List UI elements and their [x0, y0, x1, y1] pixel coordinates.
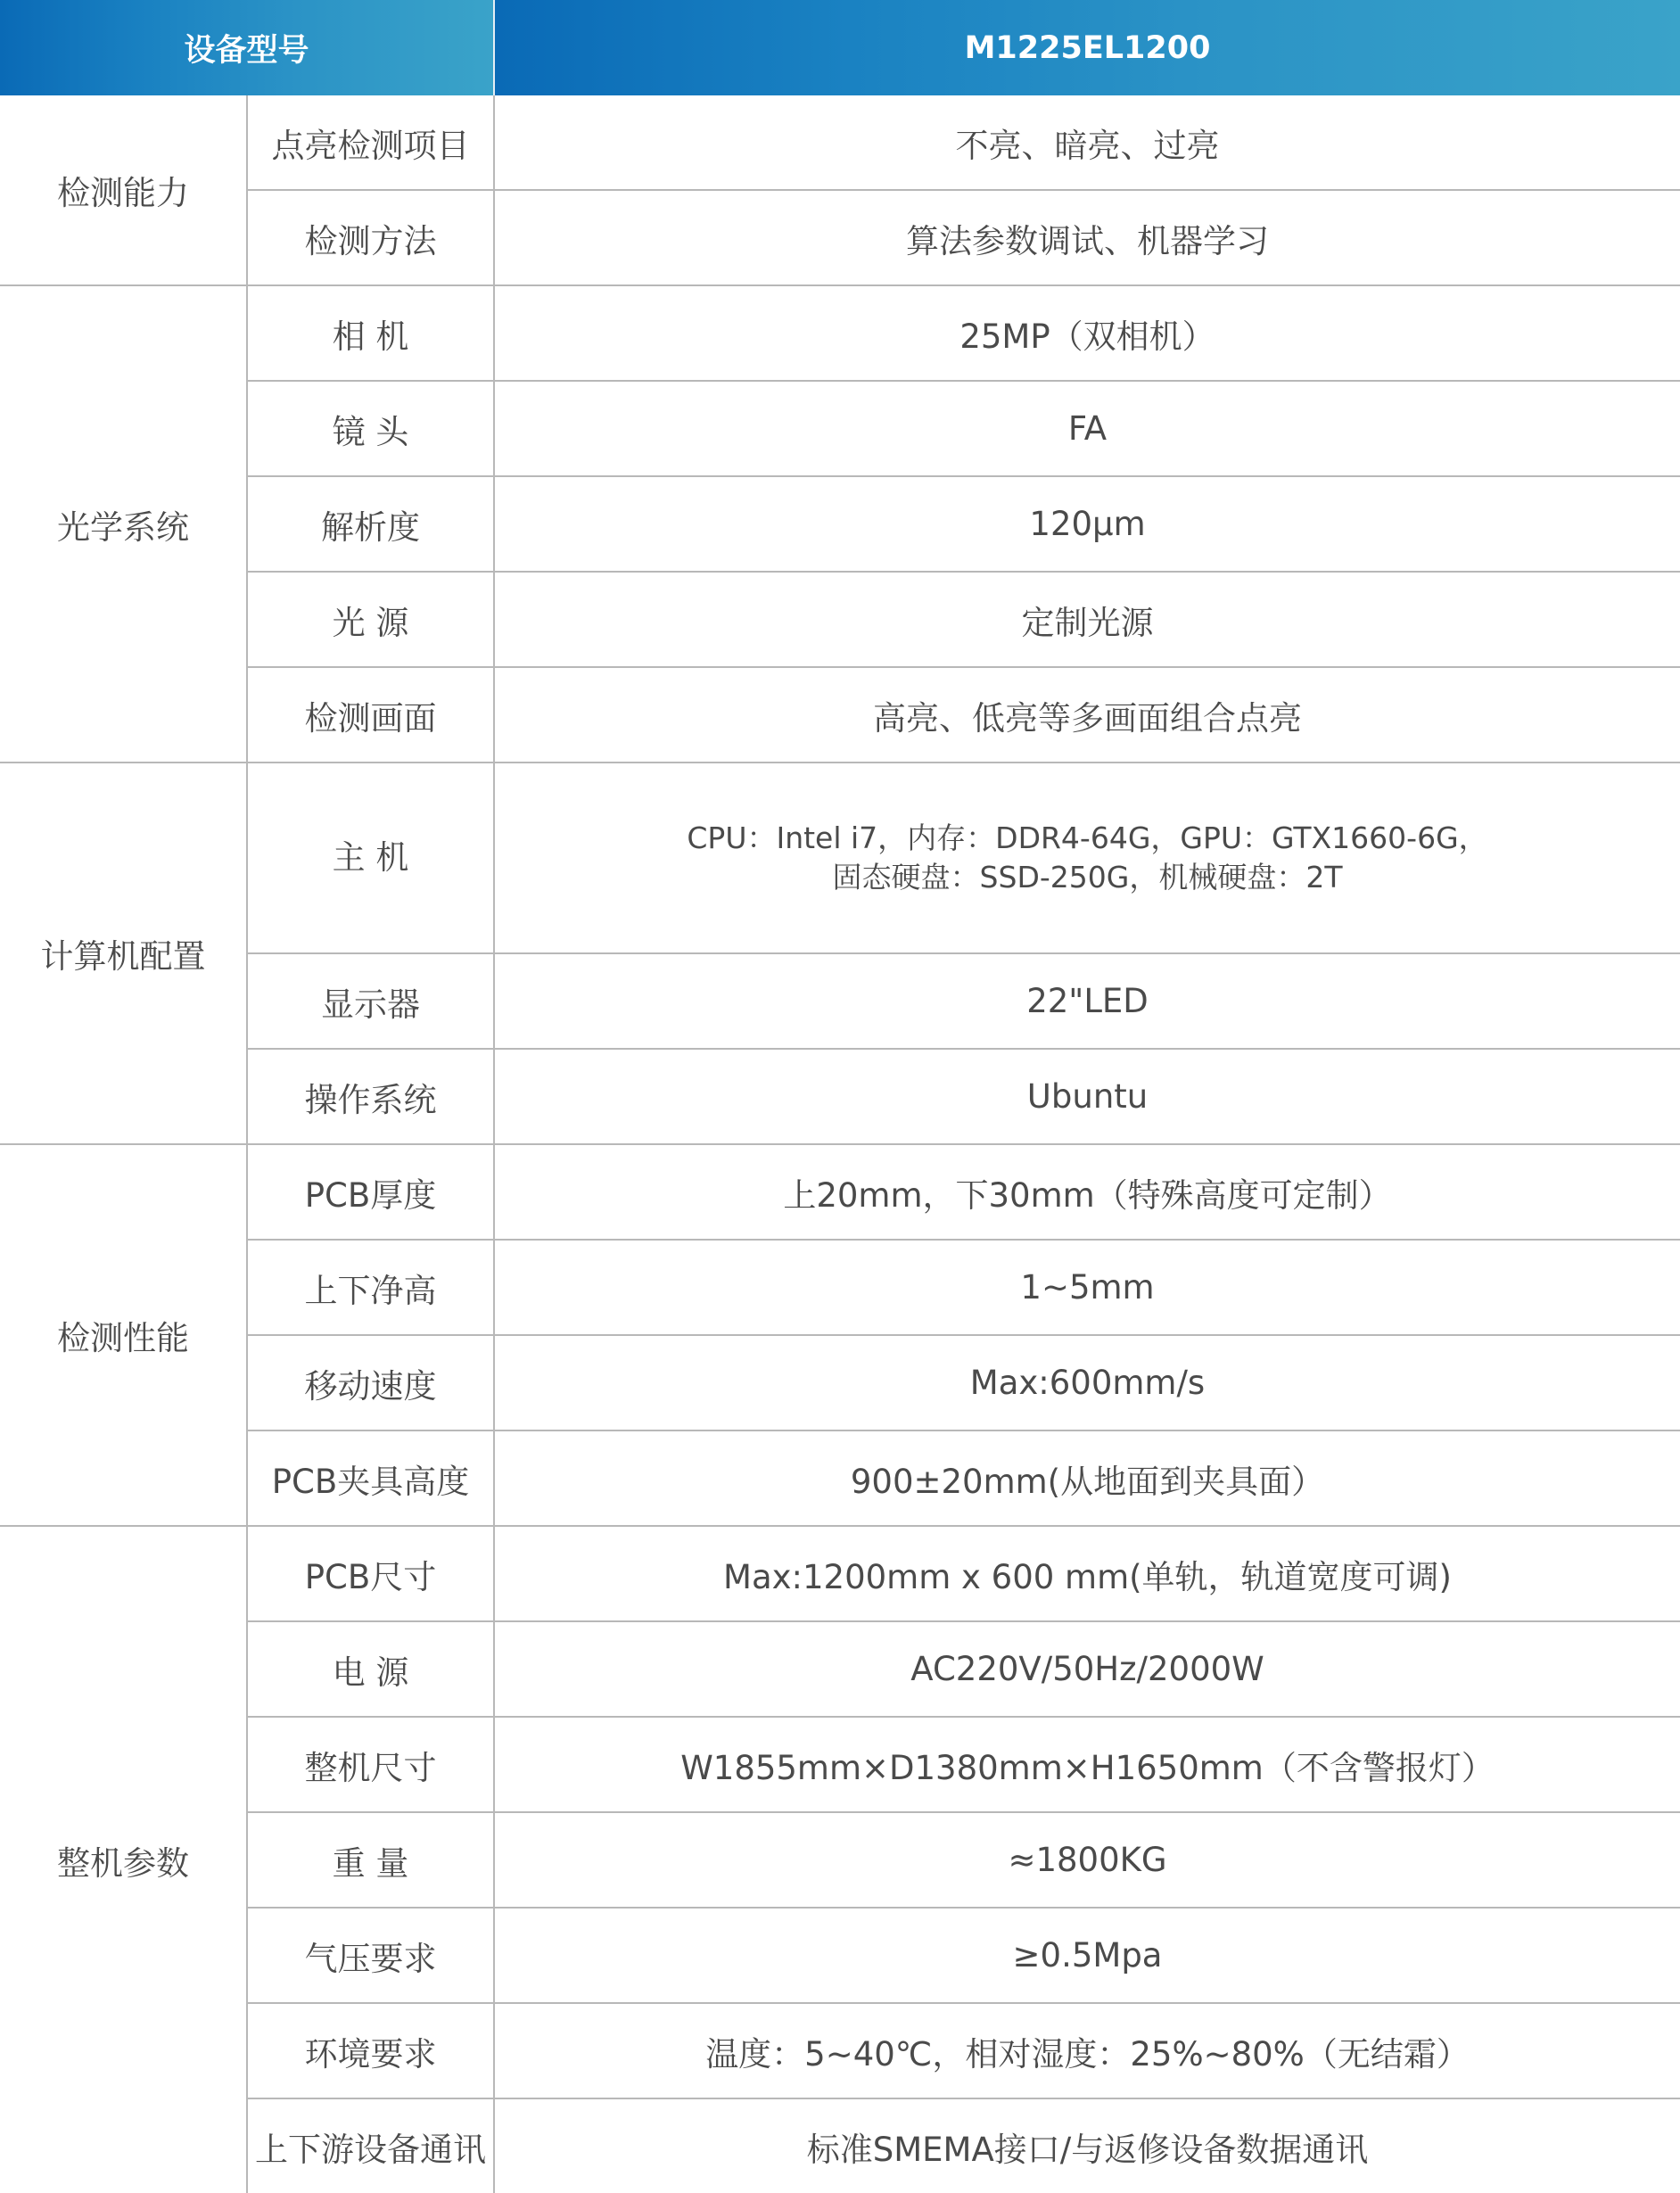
table-row: 上下净高1~5mm	[0, 1240, 1680, 1335]
row-label: 气压要求	[247, 1908, 494, 2003]
row-label: 上下游设备通讯	[247, 2098, 494, 2193]
table-row: 重 量≈1800KG	[0, 1812, 1680, 1908]
row-value: 120μm	[494, 476, 1680, 572]
spec-table: 设备型号 M1225EL1200 检测能力点亮检测项目不亮、暗亮、过亮 检测方法…	[0, 0, 1680, 2193]
row-value: 算法参数调试、机器学习	[494, 190, 1680, 285]
table-row: 环境要求温度：5~40℃，相对湿度：25%~80%（无结霜）	[0, 2003, 1680, 2098]
table-row: 显示器22"LED	[0, 953, 1680, 1049]
table-row: 上下游设备通讯标准SMEMA接口/与返修设备数据通讯	[0, 2098, 1680, 2193]
group-label: 整机参数	[0, 1526, 247, 2193]
row-label: 环境要求	[247, 2003, 494, 2098]
table-row: 整机尺寸W1855mm×D1380mm×H1650mm（不含警报灯）	[0, 1717, 1680, 1812]
row-value: ≈1800KG	[494, 1812, 1680, 1908]
row-label: PCB厚度	[247, 1144, 494, 1240]
row-label: 解析度	[247, 476, 494, 572]
row-value: W1855mm×D1380mm×H1650mm（不含警报灯）	[494, 1717, 1680, 1812]
group-label: 计算机配置	[0, 763, 247, 1144]
group-label: 检测性能	[0, 1144, 247, 1526]
table-row: 检测方法算法参数调试、机器学习	[0, 190, 1680, 285]
row-label: 检测方法	[247, 190, 494, 285]
group-label: 光学系统	[0, 285, 247, 763]
row-label: PCB尺寸	[247, 1526, 494, 1621]
table-row: 检测画面高亮、低亮等多画面组合点亮	[0, 667, 1680, 763]
row-label: 光 源	[247, 572, 494, 667]
table-row: 光 源定制光源	[0, 572, 1680, 667]
row-value: Max:1200mm x 600 mm(单轨，轨道宽度可调)	[494, 1526, 1680, 1621]
table-row: PCB夹具高度900±20mm(从地面到夹具面）	[0, 1430, 1680, 1526]
value-line-2: 固态硬盘：SSD-250G，机械硬盘：2T	[495, 858, 1680, 897]
row-value: 1~5mm	[494, 1240, 1680, 1335]
row-label: 重 量	[247, 1812, 494, 1908]
table-row: 光学系统相 机25MP（双相机）	[0, 285, 1680, 381]
group-label: 检测能力	[0, 95, 247, 285]
row-label: 移动速度	[247, 1335, 494, 1430]
row-label: 镜 头	[247, 381, 494, 476]
row-value: AC220V/50Hz/2000W	[494, 1621, 1680, 1717]
row-value: 上20mm，下30mm（特殊高度可定制）	[494, 1144, 1680, 1240]
row-label: 相 机	[247, 285, 494, 381]
model-label: 设备型号	[0, 0, 494, 95]
row-label: 主 机	[247, 763, 494, 953]
model-value: M1225EL1200	[494, 0, 1680, 95]
row-value: 高亮、低亮等多画面组合点亮	[494, 667, 1680, 763]
table-row: 检测性能PCB厚度上20mm，下30mm（特殊高度可定制）	[0, 1144, 1680, 1240]
row-value: 温度：5~40℃，相对湿度：25%~80%（无结霜）	[494, 2003, 1680, 2098]
table-row: 移动速度Max:600mm/s	[0, 1335, 1680, 1430]
table-row: 整机参数PCB尺寸Max:1200mm x 600 mm(单轨，轨道宽度可调)	[0, 1526, 1680, 1621]
row-value: 不亮、暗亮、过亮	[494, 95, 1680, 190]
row-value: 22"LED	[494, 953, 1680, 1049]
value-line-1: CPU：Intel i7，内存：DDR4-64G，GPU：GTX1660-6G，	[495, 819, 1680, 858]
row-value: 定制光源	[494, 572, 1680, 667]
row-value: 25MP（双相机）	[494, 285, 1680, 381]
row-label: 检测画面	[247, 667, 494, 763]
row-value: Max:600mm/s	[494, 1335, 1680, 1430]
row-value: ≥0.5Mpa	[494, 1908, 1680, 2003]
table-row: 操作系统Ubuntu	[0, 1049, 1680, 1144]
row-label: 电 源	[247, 1621, 494, 1717]
row-label: 整机尺寸	[247, 1717, 494, 1812]
row-label: 点亮检测项目	[247, 95, 494, 190]
row-value: 900±20mm(从地面到夹具面）	[494, 1430, 1680, 1526]
row-label: 操作系统	[247, 1049, 494, 1144]
table-row: 检测能力点亮检测项目不亮、暗亮、过亮	[0, 95, 1680, 190]
header-row: 设备型号 M1225EL1200	[0, 0, 1680, 95]
row-value: FA	[494, 381, 1680, 476]
row-value: Ubuntu	[494, 1049, 1680, 1144]
table-row: 镜 头FA	[0, 381, 1680, 476]
row-label: 显示器	[247, 953, 494, 1049]
row-label: 上下净高	[247, 1240, 494, 1335]
table-row: 气压要求≥0.5Mpa	[0, 1908, 1680, 2003]
table-row: 电 源AC220V/50Hz/2000W	[0, 1621, 1680, 1717]
table-row: 解析度120μm	[0, 476, 1680, 572]
row-value: CPU：Intel i7，内存：DDR4-64G，GPU：GTX1660-6G，…	[494, 763, 1680, 953]
row-value: 标准SMEMA接口/与返修设备数据通讯	[494, 2098, 1680, 2193]
table-row: 计算机配置主 机CPU：Intel i7，内存：DDR4-64G，GPU：GTX…	[0, 763, 1680, 953]
row-label: PCB夹具高度	[247, 1430, 494, 1526]
